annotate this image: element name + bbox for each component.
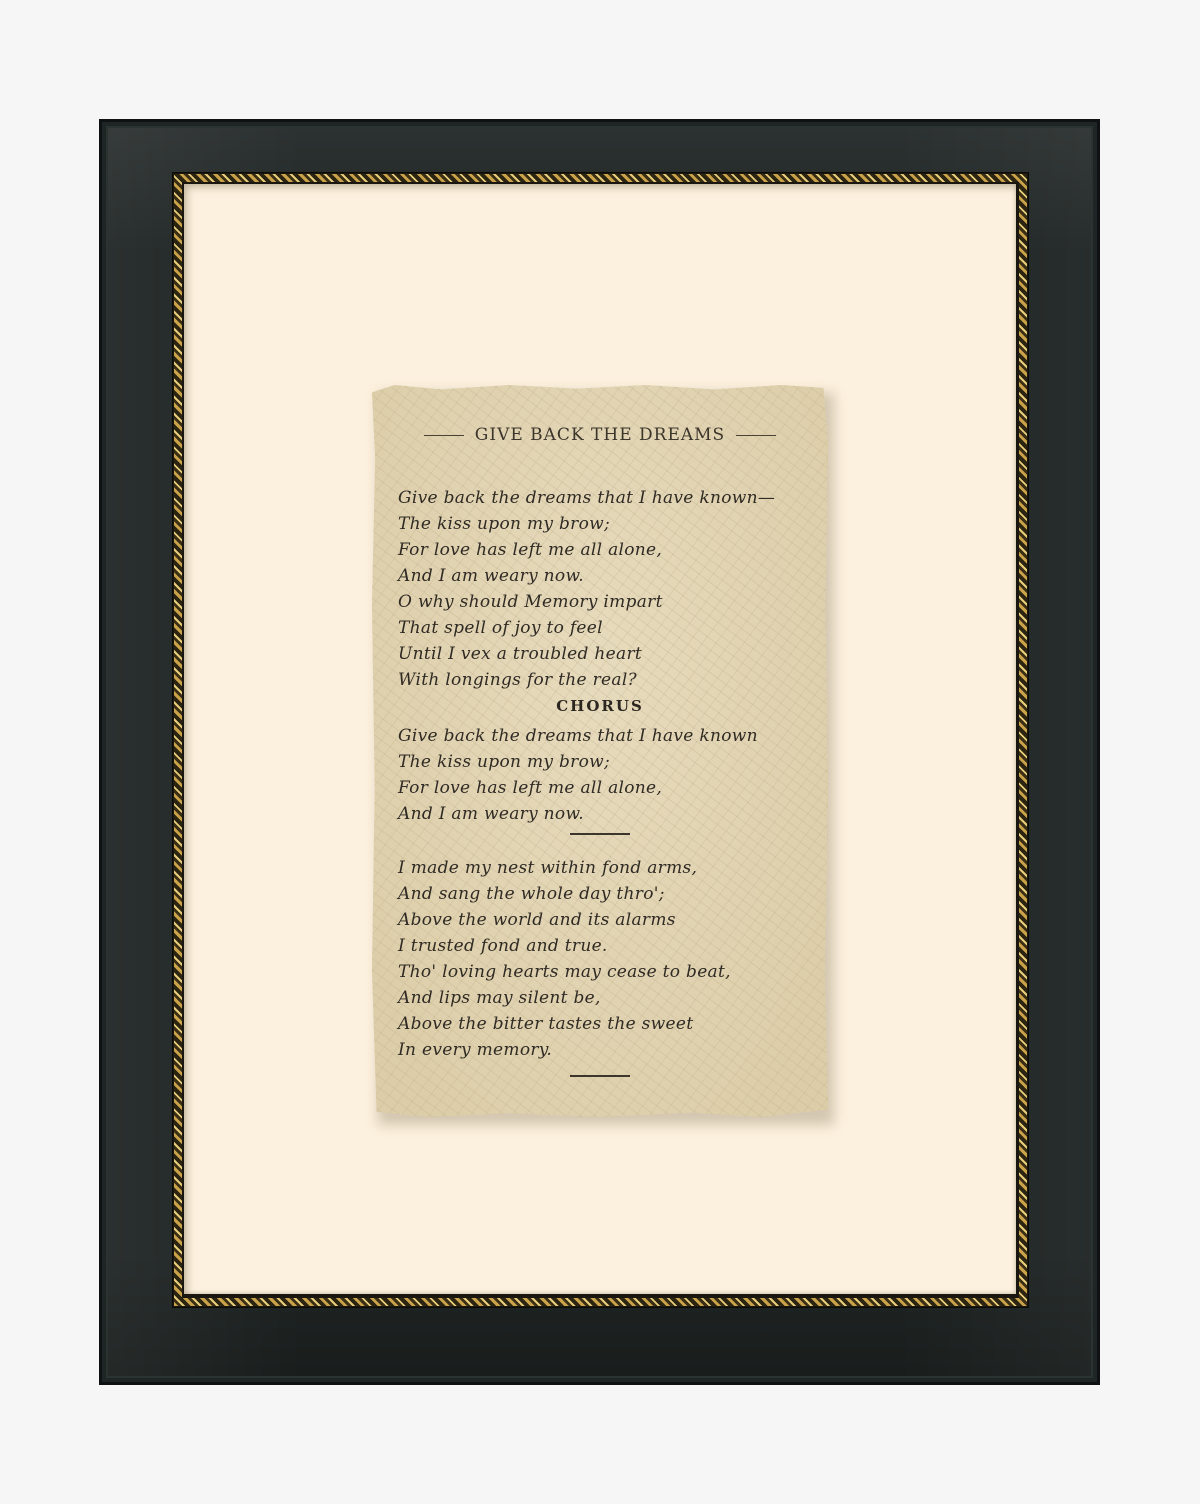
verse-line: I made my nest within fond arms, — [398, 855, 818, 881]
verse-line: That spell of joy to feel — [398, 615, 818, 641]
verse-line: In every memory. — [398, 1037, 818, 1063]
title-block: GIVE BACK THE DREAMS — [372, 425, 828, 445]
verse-line: Give back the dreams that I have known — [398, 723, 818, 749]
divider-flourish — [570, 833, 630, 835]
chorus: Give back the dreams that I have known T… — [398, 723, 818, 827]
verse-line: And sang the whole day thro'; — [398, 881, 818, 907]
verse-line: Tho' loving hearts may cease to beat, — [398, 959, 818, 985]
verse-line: For love has left me all alone, — [398, 537, 818, 563]
verse-line: With longings for the real? — [398, 667, 818, 693]
manuscript-title: GIVE BACK THE DREAMS — [475, 425, 725, 445]
end-flourish — [570, 1075, 630, 1077]
flourish-right — [736, 435, 776, 436]
verse-line: The kiss upon my brow; — [398, 511, 818, 537]
verse-line: For love has left me all alone, — [398, 775, 818, 801]
verse-line: And lips may silent be, — [398, 985, 818, 1011]
verse-line: And I am weary now. — [398, 801, 818, 827]
verse-line: O why should Memory impart — [398, 589, 818, 615]
stanza-2: I made my nest within fond arms, And san… — [398, 855, 818, 1063]
verse-line: And I am weary now. — [398, 563, 818, 589]
verse-line: Above the world and its alarms — [398, 907, 818, 933]
flourish-left — [424, 435, 464, 436]
verse-line: Until I vex a troubled heart — [398, 641, 818, 667]
verse-line: Give back the dreams that I have known— — [398, 485, 818, 511]
verse-line: I trusted fond and true. — [398, 933, 818, 959]
verse-line: The kiss upon my brow; — [398, 749, 818, 775]
chorus-heading: CHORUS — [372, 697, 828, 715]
stanza-1: Give back the dreams that I have known— … — [398, 485, 818, 693]
manuscript-page: GIVE BACK THE DREAMS Give back the dream… — [372, 385, 828, 1117]
verse-line: Above the bitter tastes the sweet — [398, 1011, 818, 1037]
